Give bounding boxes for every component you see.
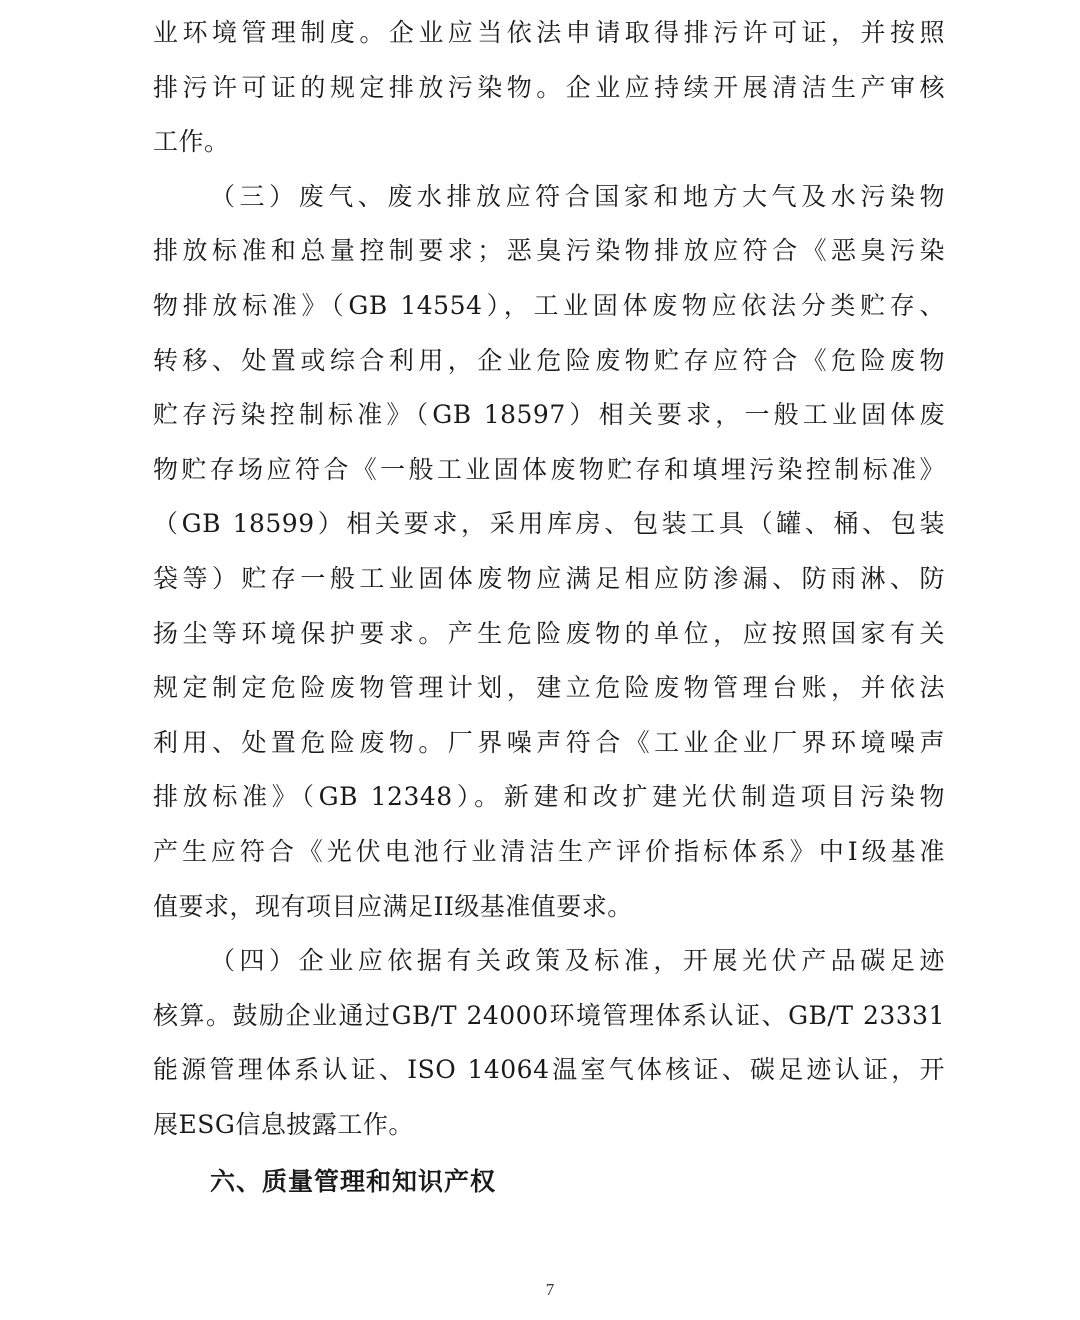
text-line: 能源管理体系认证、ISO 14064温室气体核证、碳足迹认证，开: [153, 1043, 945, 1098]
text-line: 排放标准》（GB 12348）。新建和改扩建光伏制造项目污染物: [153, 770, 945, 825]
text-line: 物贮存场应符合《一般工业固体废物贮存和填埋污染控制标准》: [153, 443, 945, 498]
text-line: 值要求，现有项目应满足II级基准值要求。: [153, 880, 945, 935]
text-line: 规定制定危险废物管理计划，建立危险废物管理台账，并依法: [153, 661, 945, 716]
paragraph-3-start: （三）废气、废水排放应符合国家和地方大气及水污染物: [153, 170, 945, 225]
text-line: 排污许可证的规定排放污染物。企业应持续开展清洁生产审核: [153, 61, 945, 116]
text-line: （GB 18599）相关要求，采用库房、包装工具（罐、桶、包装: [153, 497, 945, 552]
body-text: 业环境管理制度。企业应当依法申请取得排污许可证，并按照 排污许可证的规定排放污染…: [153, 6, 945, 1152]
text-line: 展ESG信息披露工作。: [153, 1098, 945, 1153]
text-line: 业环境管理制度。企业应当依法申请取得排污许可证，并按照: [153, 6, 945, 61]
text-line: 物排放标准》（GB 14554），工业固体废物应依法分类贮存、: [153, 279, 945, 334]
paragraph-4-start: （四）企业应依据有关政策及标准，开展光伏产品碳足迹: [153, 934, 945, 989]
text-line: 袋等）贮存一般工业固体废物应满足相应防渗漏、防雨淋、防: [153, 552, 945, 607]
page-number: 7: [0, 1280, 1080, 1300]
text-line: 转移、处置或综合利用，企业危险废物贮存应符合《危险废物: [153, 334, 945, 389]
section-heading: 六、质量管理和知识产权: [210, 1155, 496, 1209]
text-line: 核算。鼓励企业通过GB/T 24000环境管理体系认证、GB/T 23331: [153, 989, 945, 1044]
text-line: 工作。: [153, 115, 945, 170]
text-line: 利用、处置危险废物。厂界噪声符合《工业企业厂界环境噪声: [153, 716, 945, 771]
text-line: 产生应符合《光伏电池行业清洁生产评价指标体系》中I级基准: [153, 825, 945, 880]
text-line: 扬尘等环境保护要求。产生危险废物的单位，应按照国家有关: [153, 607, 945, 662]
text-line: 贮存污染控制标准》（GB 18597）相关要求，一般工业固体废: [153, 388, 945, 443]
text-line: 排放标准和总量控制要求；恶臭污染物排放应符合《恶臭污染: [153, 224, 945, 279]
document-page: 业环境管理制度。企业应当依法申请取得排污许可证，并按照 排污许可证的规定排放污染…: [0, 0, 1080, 1320]
